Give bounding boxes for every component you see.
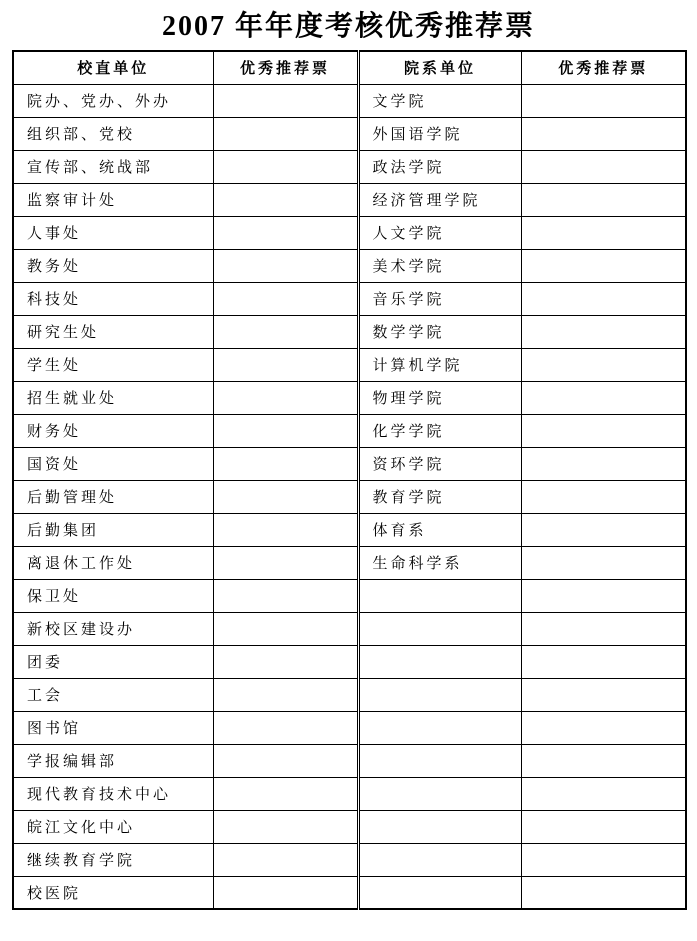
votes-left-cell bbox=[213, 84, 358, 117]
unit-right-cell: 资环学院 bbox=[358, 447, 521, 480]
unit-right-cell: 教育学院 bbox=[358, 480, 521, 513]
unit-right-cell: 体育系 bbox=[358, 513, 521, 546]
votes-right-cell bbox=[521, 381, 686, 414]
unit-left-cell: 现代教育技术中心 bbox=[13, 777, 213, 810]
table-row: 后勤管理处 教育学院 bbox=[13, 480, 686, 513]
votes-right-cell bbox=[521, 744, 686, 777]
votes-right-cell bbox=[521, 117, 686, 150]
header-unit-left: 校直单位 bbox=[13, 51, 213, 84]
unit-left-cell: 离退休工作处 bbox=[13, 546, 213, 579]
votes-left-cell bbox=[213, 183, 358, 216]
votes-right-cell bbox=[521, 84, 686, 117]
unit-left-cell: 国资处 bbox=[13, 447, 213, 480]
table-row: 宣传部、统战部 政法学院 bbox=[13, 150, 686, 183]
unit-left-cell: 组织部、党校 bbox=[13, 117, 213, 150]
votes-left-cell bbox=[213, 513, 358, 546]
unit-left-cell: 工会 bbox=[13, 678, 213, 711]
table-row: 后勤集团 体育系 bbox=[13, 513, 686, 546]
header-row: 校直单位 优秀推荐票 院系单位 优秀推荐票 bbox=[13, 51, 686, 84]
table-row: 科技处 音乐学院 bbox=[13, 282, 686, 315]
unit-left-cell: 学报编辑部 bbox=[13, 744, 213, 777]
votes-left-cell bbox=[213, 678, 358, 711]
votes-left-cell bbox=[213, 810, 358, 843]
votes-left-cell bbox=[213, 282, 358, 315]
votes-left-cell bbox=[213, 117, 358, 150]
unit-right-cell: 音乐学院 bbox=[358, 282, 521, 315]
unit-left-cell: 招生就业处 bbox=[13, 381, 213, 414]
unit-left-cell: 院办、党办、外办 bbox=[13, 84, 213, 117]
table-header: 校直单位 优秀推荐票 院系单位 优秀推荐票 bbox=[13, 51, 686, 84]
table-row: 监察审计处 经济管理学院 bbox=[13, 183, 686, 216]
unit-right-cell: 美术学院 bbox=[358, 249, 521, 282]
votes-right-cell bbox=[521, 711, 686, 744]
table-row: 继续教育学院 bbox=[13, 843, 686, 876]
votes-right-cell bbox=[521, 645, 686, 678]
votes-right-cell bbox=[521, 843, 686, 876]
unit-left-cell: 财务处 bbox=[13, 414, 213, 447]
unit-right-cell: 生命科学系 bbox=[358, 546, 521, 579]
table-row: 财务处 化学学院 bbox=[13, 414, 686, 447]
votes-right-cell bbox=[521, 315, 686, 348]
unit-right-cell: 数学学院 bbox=[358, 315, 521, 348]
document-page: 2007 年年度考核优秀推荐票 校直单位 优秀推荐票 院系单位 优秀推荐票 院办… bbox=[0, 0, 697, 941]
unit-right-cell bbox=[358, 843, 521, 876]
votes-right-cell bbox=[521, 810, 686, 843]
unit-right-cell bbox=[358, 612, 521, 645]
table-row: 新校区建设办 bbox=[13, 612, 686, 645]
unit-left-cell: 保卫处 bbox=[13, 579, 213, 612]
unit-left-cell: 科技处 bbox=[13, 282, 213, 315]
unit-left-cell: 监察审计处 bbox=[13, 183, 213, 216]
header-votes-left: 优秀推荐票 bbox=[213, 51, 358, 84]
votes-left-cell bbox=[213, 876, 358, 909]
table-row: 教务处 美术学院 bbox=[13, 249, 686, 282]
unit-right-cell: 物理学院 bbox=[358, 381, 521, 414]
header-votes-right: 优秀推荐票 bbox=[521, 51, 686, 84]
votes-right-cell bbox=[521, 513, 686, 546]
unit-right-cell bbox=[358, 711, 521, 744]
table-row: 皖江文化中心 bbox=[13, 810, 686, 843]
votes-right-cell bbox=[521, 183, 686, 216]
unit-right-cell: 经济管理学院 bbox=[358, 183, 521, 216]
votes-right-cell bbox=[521, 348, 686, 381]
unit-right-cell bbox=[358, 579, 521, 612]
unit-right-cell: 人文学院 bbox=[358, 216, 521, 249]
votes-left-cell bbox=[213, 216, 358, 249]
votes-left-cell bbox=[213, 447, 358, 480]
unit-left-cell: 宣传部、统战部 bbox=[13, 150, 213, 183]
votes-right-cell bbox=[521, 546, 686, 579]
votes-right-cell bbox=[521, 216, 686, 249]
unit-left-cell: 人事处 bbox=[13, 216, 213, 249]
unit-left-cell: 学生处 bbox=[13, 348, 213, 381]
unit-left-cell: 皖江文化中心 bbox=[13, 810, 213, 843]
votes-left-cell bbox=[213, 777, 358, 810]
table-row: 团委 bbox=[13, 645, 686, 678]
unit-right-cell: 化学学院 bbox=[358, 414, 521, 447]
table-row: 校医院 bbox=[13, 876, 686, 909]
table-body: 院办、党办、外办 文学院 组织部、党校 外国语学院 宣传部、统战部 政法学院 监… bbox=[13, 84, 686, 909]
header-unit-right: 院系单位 bbox=[358, 51, 521, 84]
table-row: 国资处 资环学院 bbox=[13, 447, 686, 480]
votes-left-cell bbox=[213, 480, 358, 513]
votes-right-cell bbox=[521, 612, 686, 645]
unit-right-cell: 计算机学院 bbox=[358, 348, 521, 381]
votes-right-cell bbox=[521, 579, 686, 612]
unit-left-cell: 新校区建设办 bbox=[13, 612, 213, 645]
votes-left-cell bbox=[213, 744, 358, 777]
unit-left-cell: 研究生处 bbox=[13, 315, 213, 348]
votes-left-cell bbox=[213, 414, 358, 447]
unit-left-cell: 校医院 bbox=[13, 876, 213, 909]
votes-left-cell bbox=[213, 843, 358, 876]
unit-right-cell: 外国语学院 bbox=[358, 117, 521, 150]
table-row: 离退休工作处 生命科学系 bbox=[13, 546, 686, 579]
votes-left-cell bbox=[213, 711, 358, 744]
table-row: 学生处 计算机学院 bbox=[13, 348, 686, 381]
table-row: 招生就业处 物理学院 bbox=[13, 381, 686, 414]
votes-left-cell bbox=[213, 315, 358, 348]
table-row: 组织部、党校 外国语学院 bbox=[13, 117, 686, 150]
table-row: 学报编辑部 bbox=[13, 744, 686, 777]
votes-left-cell bbox=[213, 249, 358, 282]
votes-right-cell bbox=[521, 414, 686, 447]
recommendation-ballot-table: 校直单位 优秀推荐票 院系单位 优秀推荐票 院办、党办、外办 文学院 组织部、党… bbox=[12, 50, 687, 910]
table-row: 研究生处 数学学院 bbox=[13, 315, 686, 348]
votes-left-cell bbox=[213, 546, 358, 579]
votes-left-cell bbox=[213, 348, 358, 381]
unit-left-cell: 继续教育学院 bbox=[13, 843, 213, 876]
votes-right-cell bbox=[521, 777, 686, 810]
votes-left-cell bbox=[213, 579, 358, 612]
votes-right-cell bbox=[521, 480, 686, 513]
page-title: 2007 年年度考核优秀推荐票 bbox=[0, 4, 697, 44]
votes-right-cell bbox=[521, 447, 686, 480]
unit-left-cell: 团委 bbox=[13, 645, 213, 678]
unit-left-cell: 图书馆 bbox=[13, 711, 213, 744]
votes-right-cell bbox=[521, 150, 686, 183]
table-row: 现代教育技术中心 bbox=[13, 777, 686, 810]
unit-right-cell bbox=[358, 810, 521, 843]
votes-right-cell bbox=[521, 678, 686, 711]
table-row: 图书馆 bbox=[13, 711, 686, 744]
unit-right-cell bbox=[358, 777, 521, 810]
votes-left-cell bbox=[213, 381, 358, 414]
votes-right-cell bbox=[521, 876, 686, 909]
table-row: 保卫处 bbox=[13, 579, 686, 612]
votes-right-cell bbox=[521, 249, 686, 282]
votes-left-cell bbox=[213, 612, 358, 645]
unit-right-cell bbox=[358, 744, 521, 777]
unit-left-cell: 后勤管理处 bbox=[13, 480, 213, 513]
table-row: 人事处 人文学院 bbox=[13, 216, 686, 249]
unit-right-cell bbox=[358, 645, 521, 678]
unit-left-cell: 后勤集团 bbox=[13, 513, 213, 546]
unit-right-cell bbox=[358, 678, 521, 711]
unit-left-cell: 教务处 bbox=[13, 249, 213, 282]
votes-left-cell bbox=[213, 150, 358, 183]
unit-right-cell: 文学院 bbox=[358, 84, 521, 117]
votes-left-cell bbox=[213, 645, 358, 678]
votes-right-cell bbox=[521, 282, 686, 315]
unit-right-cell: 政法学院 bbox=[358, 150, 521, 183]
table-row: 院办、党办、外办 文学院 bbox=[13, 84, 686, 117]
table-row: 工会 bbox=[13, 678, 686, 711]
unit-right-cell bbox=[358, 876, 521, 909]
